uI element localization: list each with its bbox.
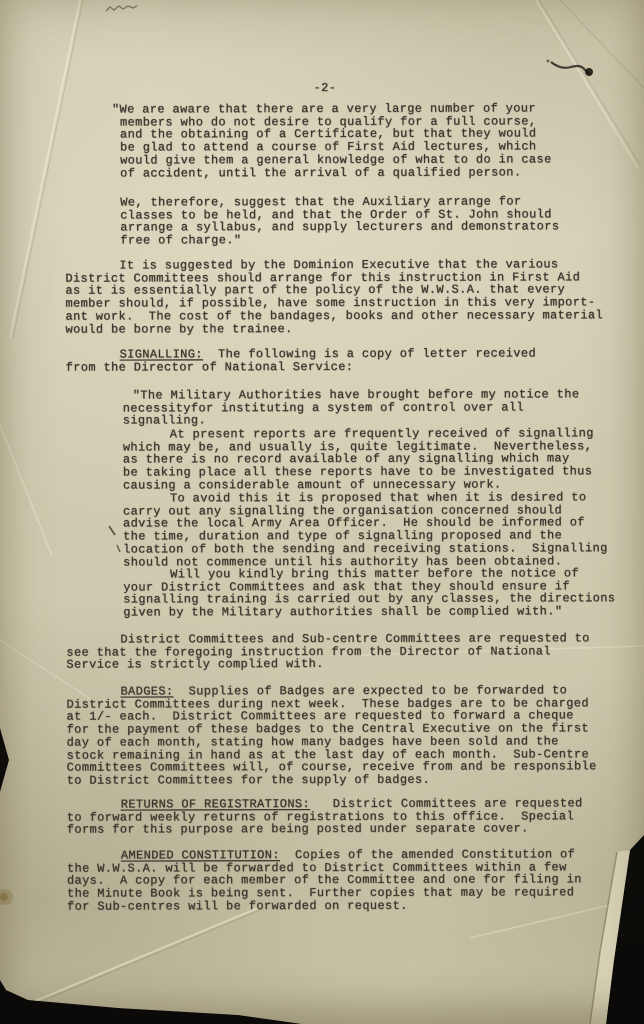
paragraph-quote-auxiliary: We, therefore, suggest that the Auxiliar… <box>120 195 559 247</box>
page-number: -2- <box>65 81 585 95</box>
paragraph-quote-first-aid: "We are aware that there are a very larg… <box>120 102 552 179</box>
letter-paragraph-3: To avoid this it is proposed that when i… <box>123 491 608 568</box>
section-signalling: SIGNALLING: The following is a copy of l… <box>66 347 537 374</box>
scan-background: -2- "We are aware that there are a very … <box>0 0 644 1024</box>
section-amended-constitution: AMENDED CONSTITUTION: Copies of the amen… <box>67 848 582 913</box>
letter-paragraph-2: At present reports are frequently receiv… <box>123 427 594 492</box>
badges-text: Supplies of Badges are expected to be fo… <box>66 683 596 787</box>
typewritten-text: -2- "We are aware that there are a very … <box>0 0 644 1024</box>
paragraph-compliance: District Committees and Sub-centre Commi… <box>66 632 590 671</box>
letter-paragraph-1: "The Military Authorities have brought b… <box>123 388 580 427</box>
paragraph-dominion-executive: It is suggested by the Dominion Executiv… <box>65 258 603 336</box>
section-returns-of-registrations: RETURNS OF REGISTRATIONS: District Commi… <box>67 797 583 836</box>
letter-paragraph-4: Will you kindly bring this matter before… <box>123 567 615 619</box>
document-page: -2- "We are aware that there are a very … <box>0 0 644 1024</box>
section-badges: BADGES: Supplies of Badges are expected … <box>66 684 596 787</box>
